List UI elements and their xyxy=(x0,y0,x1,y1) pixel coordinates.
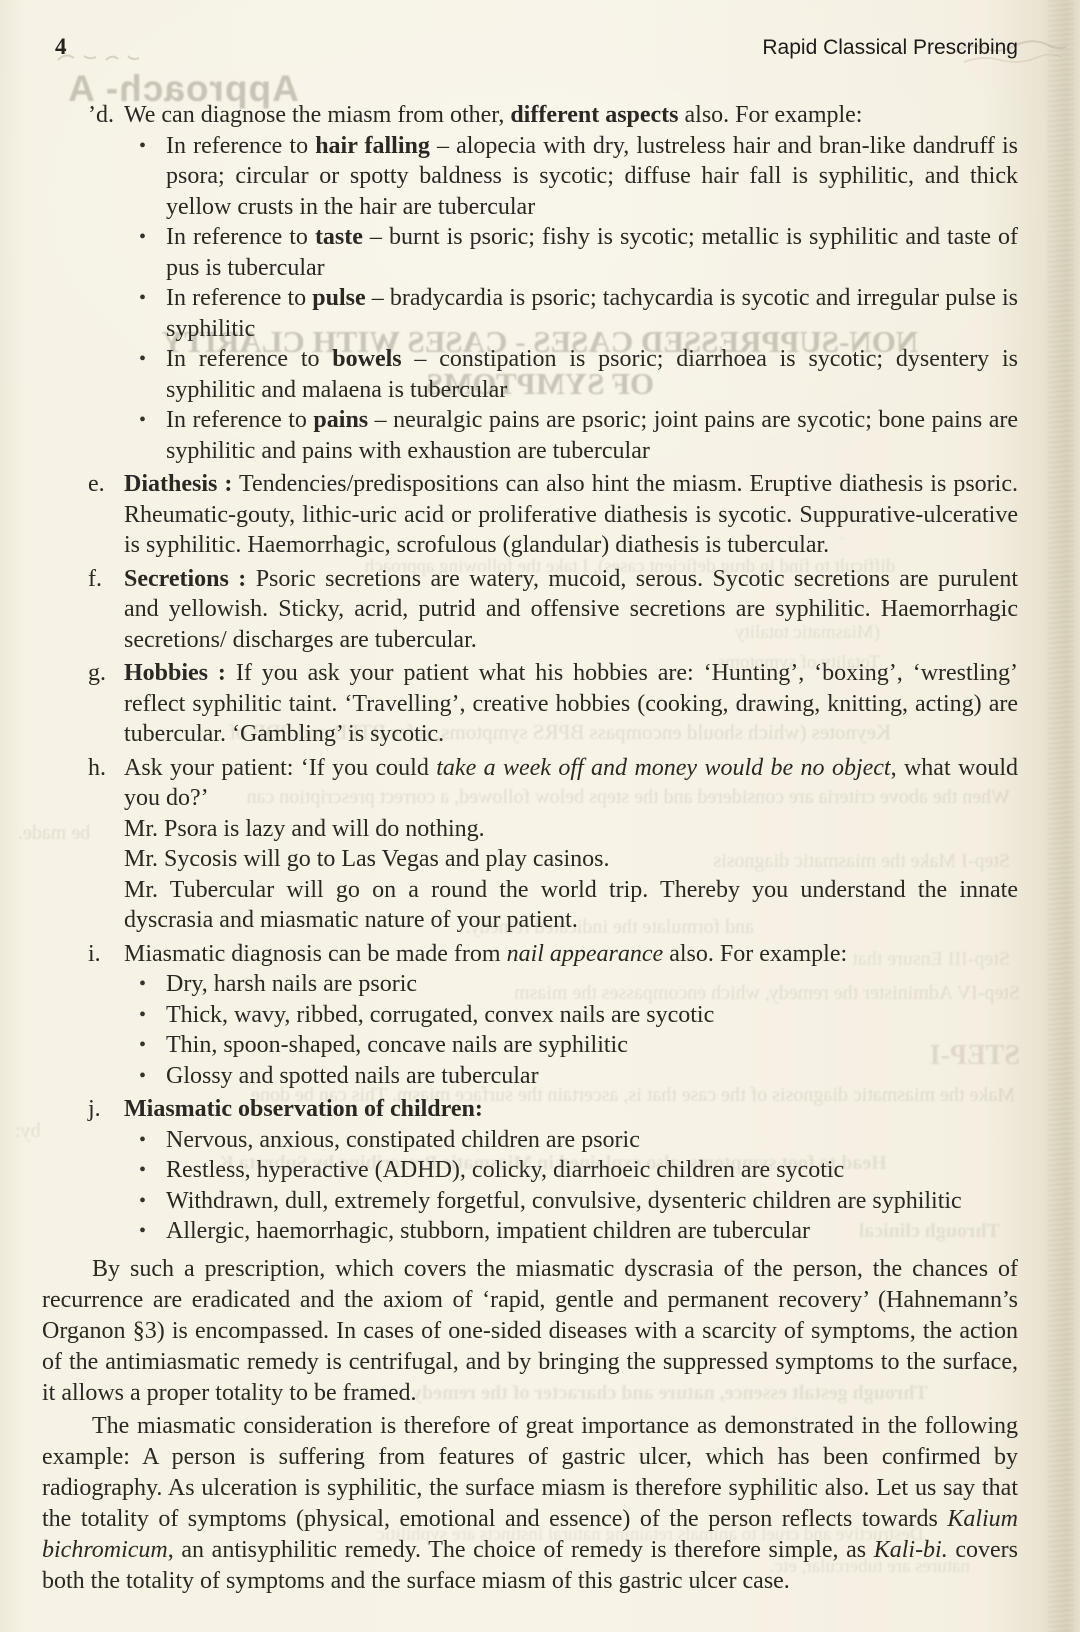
bullet-text-i-2: Thick, wavy, ribbed, corrugated, convex … xyxy=(166,1000,1018,1031)
item-body-g: Hobbies : If you ask your patient what h… xyxy=(124,658,1018,750)
bullet-text-d-4: In reference to bowels – constipation is… xyxy=(166,344,1018,405)
item-label-e: e. xyxy=(88,469,124,561)
item-text-j: Miasmatic observation of children: xyxy=(124,1094,1018,1125)
item-line-h-2: Mr. Sycosis will go to Las Vegas and pla… xyxy=(124,844,1018,875)
bullet-item-j-4: •Allergic, haemorrhagic, stubborn, impat… xyxy=(136,1216,1018,1247)
item-text-h: Ask your patient: ‘If you could take a w… xyxy=(124,753,1018,814)
bullet-icon: • xyxy=(136,222,166,283)
item-text-d: We can diagnose the miasm from other, di… xyxy=(124,100,1018,131)
item-body-f: Secretions : Psoric secretions are water… xyxy=(124,564,1018,656)
item-line-h-3: Mr. Tubercular will go on a round the wo… xyxy=(124,875,1018,936)
item-label-h: h. xyxy=(88,753,124,936)
bullet-item-i-3: •Thin, spoon-shaped, concave nails are s… xyxy=(136,1030,1018,1061)
bullet-text-i-4: Glossy and spotted nails are tubercular xyxy=(166,1061,1018,1092)
bullet-icon: • xyxy=(136,1155,166,1186)
bullet-icon: • xyxy=(136,344,166,405)
bullet-item-i-2: •Thick, wavy, ribbed, corrugated, convex… xyxy=(136,1000,1018,1031)
bullet-icon: • xyxy=(136,131,166,223)
outline-item-d: ’d.We can diagnose the miasm from other,… xyxy=(88,100,1018,466)
outline-item-e: e.Diathesis : Tendencies/predispositions… xyxy=(88,469,1018,561)
bullet-text-j-4: Allergic, haemorrhagic, stubborn, impati… xyxy=(166,1216,1018,1247)
bullet-icon: • xyxy=(136,1186,166,1217)
outline-item-f: f.Secretions : Psoric secretions are wat… xyxy=(88,564,1018,656)
bullet-icon: • xyxy=(136,1216,166,1247)
bullet-item-d-3: •In reference to pulse – bradycardia is … xyxy=(136,283,1018,344)
bullet-text-j-2: Restless, hyperactive (ADHD), colicky, d… xyxy=(166,1155,1018,1186)
outline-item-i: i.Miasmatic diagnosis can be made from n… xyxy=(88,939,1018,1092)
bullet-item-i-4: •Glossy and spotted nails are tubercular xyxy=(136,1061,1018,1092)
page-header: 4 Rapid Classical Prescribing xyxy=(55,34,1018,60)
item-line-h-1: Mr. Psora is lazy and will do nothing. xyxy=(124,814,1018,845)
bullet-text-j-3: Withdrawn, dull, extremely forgetful, co… xyxy=(166,1186,1018,1217)
bullet-icon: • xyxy=(136,969,166,1000)
bullet-item-i-1: •Dry, harsh nails are psoric xyxy=(136,969,1018,1000)
bullet-icon: • xyxy=(136,405,166,466)
bullet-item-d-1: •In reference to hair falling – alopecia… xyxy=(136,131,1018,223)
page-number: 4 xyxy=(55,34,67,60)
bullet-icon: • xyxy=(136,1061,166,1092)
bullet-item-d-4: •In reference to bowels – constipation i… xyxy=(136,344,1018,405)
bullet-item-j-3: •Withdrawn, dull, extremely forgetful, c… xyxy=(136,1186,1018,1217)
closing-paragraph-2: The miasmatic consideration is therefore… xyxy=(42,1411,1018,1597)
item-body-i: Miasmatic diagnosis can be made from nai… xyxy=(124,939,1018,1092)
item-label-f: f. xyxy=(88,564,124,656)
bullet-icon: • xyxy=(136,283,166,344)
bullet-text-d-3: In reference to pulse – bradycardia is p… xyxy=(166,283,1018,344)
outline-item-h: h.Ask your patient: ‘If you could take a… xyxy=(88,753,1018,936)
bullet-text-j-1: Nervous, anxious, constipated children a… xyxy=(166,1125,1018,1156)
running-header-title: Rapid Classical Prescribing xyxy=(762,36,1018,60)
item-text-i: Miasmatic diagnosis can be made from nai… xyxy=(124,939,1018,970)
bullet-text-d-1: In reference to hair falling – alopecia … xyxy=(166,131,1018,223)
bullet-text-d-5: In reference to pains – neuralgic pains … xyxy=(166,405,1018,466)
item-label-i: i. xyxy=(88,939,124,1092)
outline: ’d.We can diagnose the miasm from other,… xyxy=(88,100,1018,1247)
bullet-icon: • xyxy=(136,1030,166,1061)
item-label-j: j. xyxy=(88,1094,124,1247)
bullet-text-i-3: Thin, spoon-shaped, concave nails are sy… xyxy=(166,1030,1018,1061)
item-text-f: Secretions : Psoric secretions are water… xyxy=(124,564,1018,656)
item-body-d: We can diagnose the miasm from other, di… xyxy=(124,100,1018,466)
bullet-icon: • xyxy=(136,1125,166,1156)
item-text-g: Hobbies : If you ask your patient what h… xyxy=(124,658,1018,750)
item-label-d: ’d. xyxy=(88,100,124,466)
closing-paragraph-1: By such a prescription, which covers the… xyxy=(42,1254,1018,1409)
item-body-e: Diathesis : Tendencies/predispositions c… xyxy=(124,469,1018,561)
bullet-text-i-1: Dry, harsh nails are psoric xyxy=(166,969,1018,1000)
page-content: 4 Rapid Classical Prescribing ’d.We can … xyxy=(0,0,1080,1597)
item-text-e: Diathesis : Tendencies/predispositions c… xyxy=(124,469,1018,561)
bullet-item-d-2: •In reference to taste – burnt is psoric… xyxy=(136,222,1018,283)
item-body-h: Ask your patient: ‘If you could take a w… xyxy=(124,753,1018,936)
bullet-item-d-5: •In reference to pains – neuralgic pains… xyxy=(136,405,1018,466)
bullet-item-j-1: •Nervous, anxious, constipated children … xyxy=(136,1125,1018,1156)
closing-paragraphs: By such a prescription, which covers the… xyxy=(42,1254,1018,1597)
bullet-item-j-2: •Restless, hyperactive (ADHD), colicky, … xyxy=(136,1155,1018,1186)
bullet-text-d-2: In reference to taste – burnt is psoric;… xyxy=(166,222,1018,283)
bullet-icon: • xyxy=(136,1000,166,1031)
outline-item-g: g.Hobbies : If you ask your patient what… xyxy=(88,658,1018,750)
item-body-j: Miasmatic observation of children:•Nervo… xyxy=(124,1094,1018,1247)
outline-item-j: j.Miasmatic observation of children:•Ner… xyxy=(88,1094,1018,1247)
item-label-g: g. xyxy=(88,658,124,750)
